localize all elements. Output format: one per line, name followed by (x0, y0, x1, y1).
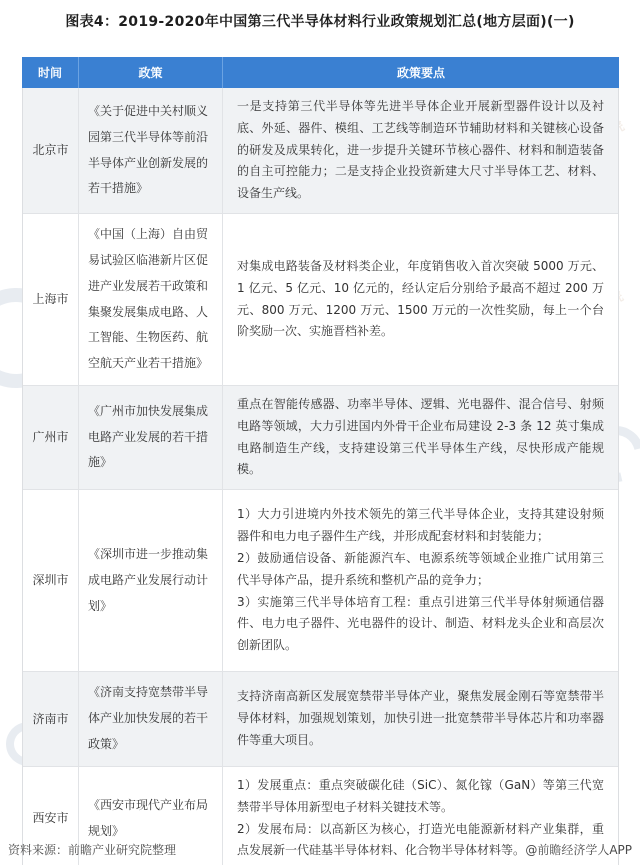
points-cell: 1）大力引进境内外技术领先的第三代半导体企业，支持其建设射频器件和电力电子器件生… (222, 490, 618, 671)
report-figure-page: 前瞻产业研究院 前瞻产业研究院 前瞻产业研究院 前瞻产业研究院 前瞻产业研究院 … (0, 0, 640, 865)
policy-cell: 《广州市加快发展集成电路产业发展的若干措施》 (78, 386, 222, 489)
table-row-shanghai: 上海市 《中国（上海）自由贸易试验区临港新片区促进产业发展若干政策和集聚发展集成… (23, 214, 618, 386)
region-cell: 北京市 (23, 88, 78, 213)
region-cell: 广州市 (23, 386, 78, 489)
region-cell: 上海市 (23, 214, 78, 385)
policy-cell: 《中国（上海）自由贸易试验区临港新片区促进产业发展若干政策和集聚发展集成电路、人… (78, 214, 222, 385)
policy-cell: 《济南支持宽禁带半导体产业加快发展的若干政策》 (78, 672, 222, 765)
table-row-jinan: 济南市 《济南支持宽禁带半导体产业加快发展的若干政策》 支持济南高新区发展宽禁带… (23, 672, 618, 766)
points-cell: 一是支持第三代半导体等先进半导体企业开展新型器件设计以及衬底、外延、器件、模组、… (222, 88, 618, 213)
credit-note: @前瞻经济学人APP (525, 841, 632, 858)
source-note: 资料来源：前瞻产业研究院整理 (8, 841, 176, 858)
figure-title: 图表4：2019-2020年中国第三代半导体材料行业政策规划汇总(地方层面)(一… (0, 11, 640, 31)
region-cell: 济南市 (23, 672, 78, 765)
header-cell-points: 政策要点 (222, 57, 619, 88)
policy-cell: 《关于促进中关村顺义园第三代半导体等前沿半导体产业创新发展的若干措施》 (78, 88, 222, 213)
points-cell: 支持济南高新区发展宽禁带半导体产业，聚焦发展金刚石等宽禁带半导体材料，加强规划策… (222, 672, 618, 765)
table-header-row: 时间 政策 政策要点 (22, 57, 619, 88)
points-cell: 对集成电路装备及材料类企业，年度销售收入首次突破 5000 万元、1 亿元、5 … (222, 214, 618, 385)
header-cell-time: 时间 (22, 57, 78, 88)
points-cell: 重点在智能传感器、功率半导体、逻辑、光电器件、混合信号、射频电路等领域，大力引进… (222, 386, 618, 489)
header-cell-policy: 政策 (78, 57, 222, 88)
policy-cell: 《深圳市进一步推动集成电路产业发展行动计划》 (78, 490, 222, 671)
table-row-shenzhen: 深圳市 《深圳市进一步推动集成电路产业发展行动计划》 1）大力引进境内外技术领先… (23, 490, 618, 672)
table-row-beijing: 北京市 《关于促进中关村顺义园第三代半导体等前沿半导体产业创新发展的若干措施》 … (23, 88, 618, 214)
table-row-guangzhou: 广州市 《广州市加快发展集成电路产业发展的若干措施》 重点在智能传感器、功率半导… (23, 386, 618, 490)
policy-table: 时间 政策 政策要点 北京市 《关于促进中关村顺义园第三代半导体等前沿半导体产业… (22, 57, 619, 865)
region-cell: 深圳市 (23, 490, 78, 671)
